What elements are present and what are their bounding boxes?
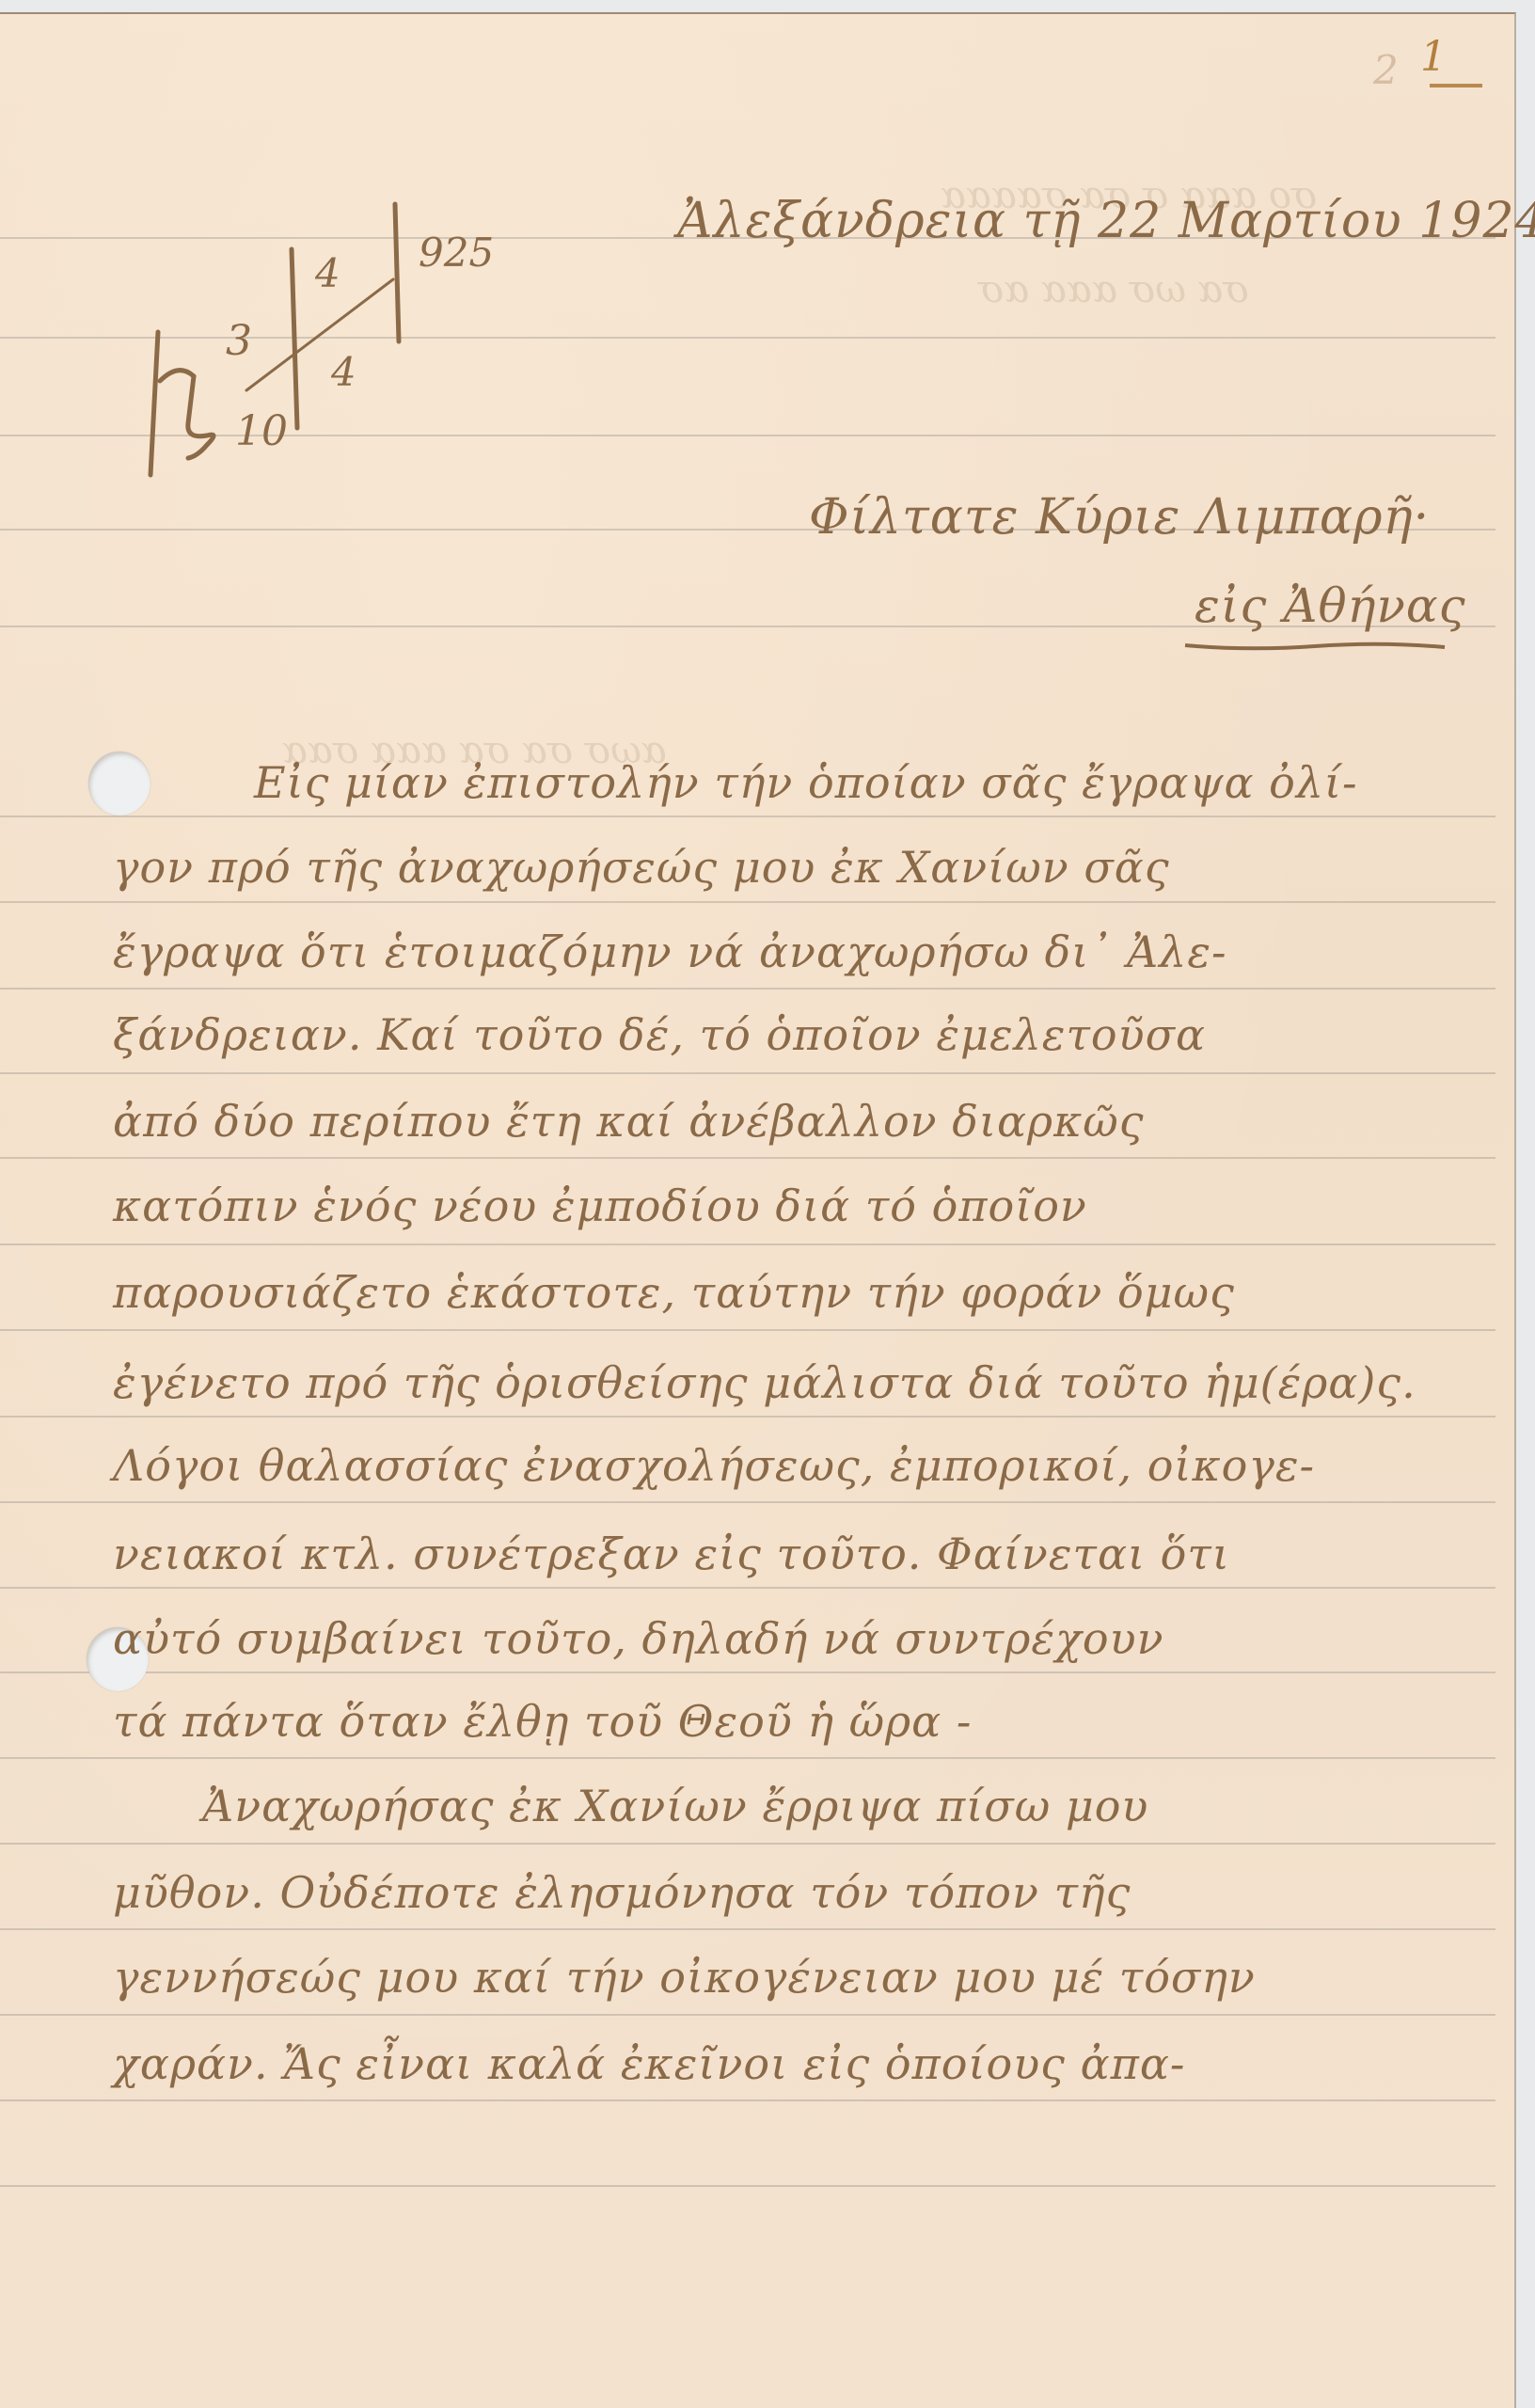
body-line: κατόπιν ἑνός νέου ἐμποδίου διά τό ὁποῖον bbox=[113, 1180, 1087, 1231]
punch-hole bbox=[88, 752, 150, 816]
svg-text:3: 3 bbox=[226, 317, 252, 365]
body-line: Εἰς μίαν ἐπιστολήν τήν ὁποίαν σᾶς ἔγραψα… bbox=[254, 757, 1358, 808]
svg-text:925: 925 bbox=[419, 230, 494, 276]
ruled-line bbox=[0, 1329, 1495, 1331]
body-line: γεννήσεώς μου καί τήν οἰκογένειαν μου μέ… bbox=[113, 1952, 1256, 2003]
body-line: μῦθον. Οὐδέποτε ἐλησμόνησα τόν τόπον τῆς bbox=[113, 1867, 1131, 1918]
ruled-line bbox=[0, 1157, 1495, 1159]
body-line: νειακοί κτλ. συνέτρεξαν εἰς τοῦτο. Φαίνε… bbox=[113, 1529, 1230, 1579]
ruled-line bbox=[0, 1928, 1495, 1930]
body-line: ἔγραψα ὅτι ἑτοιμαζόμην νά ἀναχωρήσω δι᾽ … bbox=[113, 927, 1227, 977]
body-line: Ἀναχωρήσας ἐκ Χανίων ἔρριψα πίσω μου bbox=[202, 1781, 1148, 1831]
body-line: ἀπό δύο περίπου ἔτη καί ἀνέβαλλον διαρκῶ… bbox=[113, 1096, 1145, 1147]
ruled-line bbox=[0, 1671, 1495, 1673]
pencil-mark: 2 bbox=[1373, 47, 1399, 93]
body-line: χαράν. Ἄς εἶναι καλά ἐκεῖνοι εἰς ὁποίους… bbox=[113, 2038, 1185, 2089]
svg-text:4: 4 bbox=[330, 349, 356, 395]
ruled-line bbox=[0, 816, 1495, 817]
page-number-underline bbox=[1430, 84, 1482, 87]
body-line: ξάνδρειαν. Καί τοῦτο δέ, τό ὁποῖον ἐμελε… bbox=[113, 1009, 1206, 1060]
location-underline bbox=[1183, 640, 1447, 653]
body-line: Λόγοι θαλασσίας ἐνασχολήσεως, ἐμπορικοί,… bbox=[113, 1440, 1315, 1491]
show-through-text: σα ωσ ααα ασ bbox=[978, 268, 1249, 311]
ruled-line bbox=[0, 1587, 1495, 1589]
body-line: ἐγένετο πρό τῆς ὁρισθείσης μάλιστα διά τ… bbox=[113, 1357, 1416, 1408]
ruled-line bbox=[0, 2185, 1495, 2187]
svg-text:4: 4 bbox=[314, 250, 340, 296]
body-line: αὐτό συμβαίνει τοῦτο, δηλαδή νά συντρέχο… bbox=[113, 1613, 1164, 1664]
ruled-line bbox=[0, 1757, 1495, 1759]
recipient-location: εἰς Ἀθήνας bbox=[1195, 578, 1466, 633]
ruled-line bbox=[0, 2014, 1495, 2016]
svg-text:10: 10 bbox=[235, 407, 288, 455]
ruled-line bbox=[0, 1501, 1495, 1503]
letter-page: σο ααα σ σα σαααα σα ωσ ααα ασ αωσ σα σα… bbox=[0, 12, 1516, 2408]
ruled-line bbox=[0, 1072, 1495, 1074]
ruled-line bbox=[0, 2099, 1495, 2101]
ruled-line bbox=[0, 1843, 1495, 1845]
place-date: Ἀλεξάνδρεια τῇ 22 Μαρτίου 1924 bbox=[677, 193, 1535, 249]
ruled-line bbox=[0, 901, 1495, 903]
ruled-line bbox=[0, 988, 1495, 990]
page-number: 1 bbox=[1420, 33, 1447, 81]
ruled-line bbox=[0, 1416, 1495, 1418]
greeting: Φίλτατε Κύριε Λιμπαρῆ· bbox=[809, 489, 1430, 546]
archival-annotation: 3 10 4 4 925 bbox=[132, 193, 527, 494]
body-line: τά πάντα ὅταν ἔλθῃ τοῦ Θεοῦ ἡ ὥρα - bbox=[113, 1696, 972, 1747]
ruled-line bbox=[0, 1244, 1495, 1245]
body-line: παρουσιάζετο ἑκάστοτε, ταύτην τήν φοράν … bbox=[113, 1267, 1235, 1318]
body-line: γον πρό τῆς ἀναχωρήσεώς μου ἐκ Χανίων σᾶ… bbox=[113, 842, 1170, 893]
